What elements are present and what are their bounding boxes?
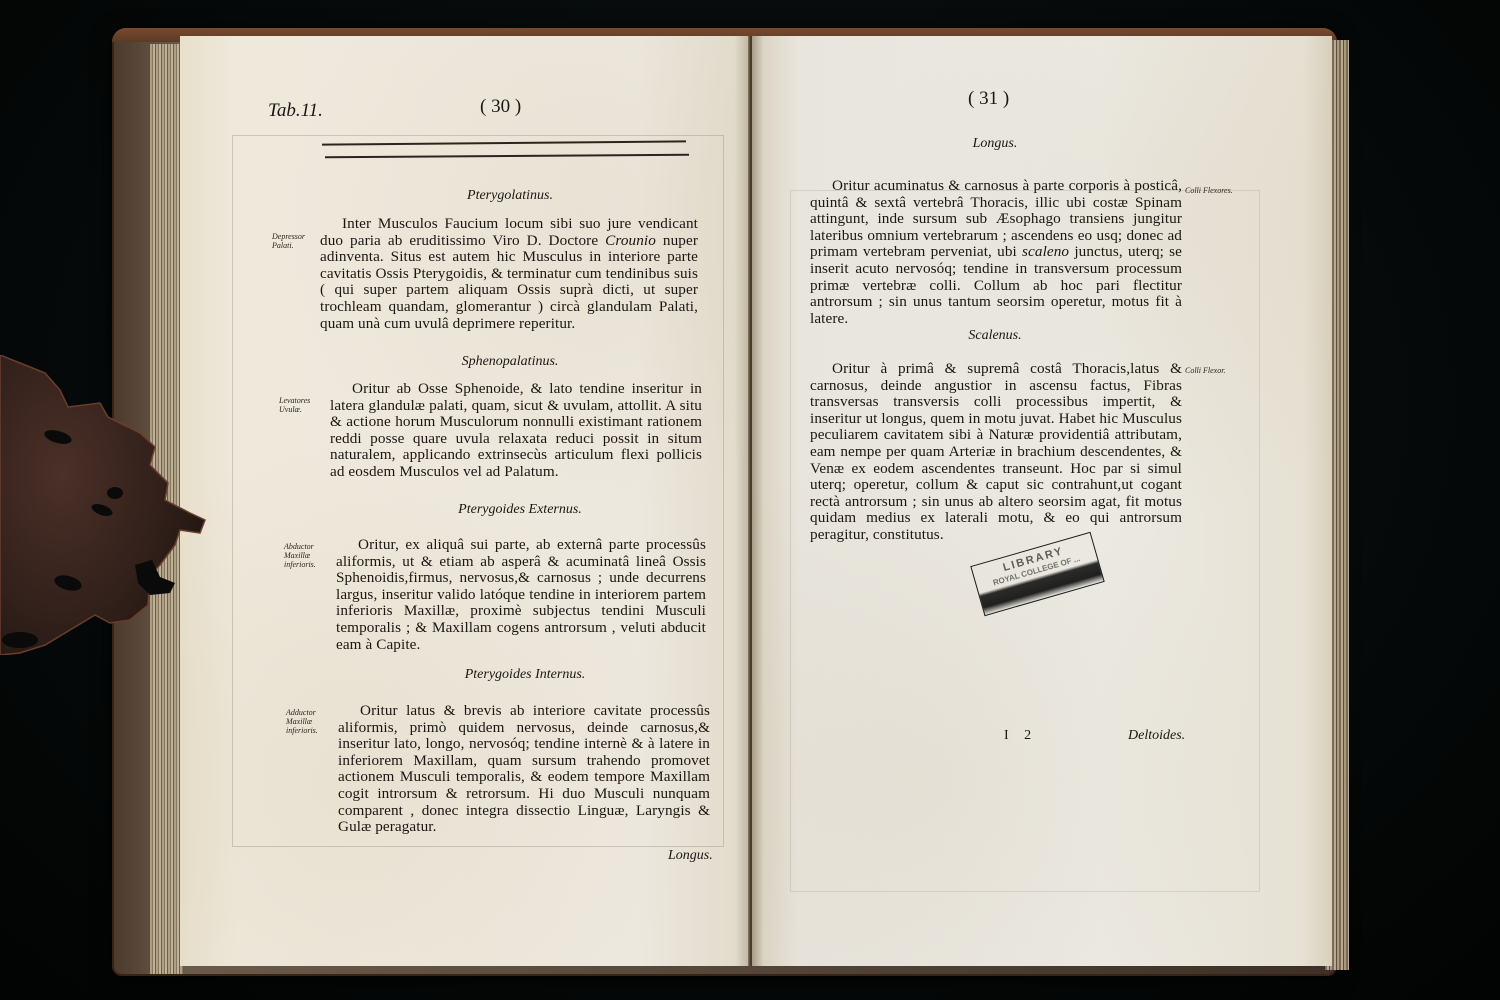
section-paragraph: Oritur acuminatus & carnosus à parte cor… bbox=[810, 178, 1182, 327]
section-paragraph: Oritur ab Osse Sphenoide, & lato tendine… bbox=[330, 381, 702, 481]
section-heading: Pterygoides Externus. bbox=[330, 502, 710, 518]
marginal-note: Depressor Palati. bbox=[272, 232, 320, 250]
marginal-note: Colli Flexor. bbox=[1185, 366, 1245, 375]
signature-mark: I 2 bbox=[1004, 728, 1037, 744]
catchword-left: Longus. bbox=[668, 848, 713, 864]
catchword-right: Deltoides. bbox=[1128, 728, 1185, 744]
section-heading: Pterygolatinus. bbox=[320, 188, 700, 204]
section-paragraph: Inter Musculos Faucium locum sibi suo ju… bbox=[320, 216, 698, 332]
page-number-right: ( 31 ) bbox=[968, 88, 1009, 110]
section-heading: Pterygoides Internus. bbox=[335, 667, 715, 683]
marginal-note: Abductor Maxillæ inferioris. bbox=[284, 542, 332, 569]
section-paragraph: Oritur à primâ & supremâ costâ Thoracis,… bbox=[810, 361, 1182, 544]
marginal-note: Colli Flexores. bbox=[1185, 186, 1245, 195]
metal-page-weight-icon bbox=[0, 355, 210, 655]
section-paragraph: Oritur, ex aliquâ sui parte, ab externâ … bbox=[336, 537, 706, 653]
marginal-note: Adductor Maxillæ inferioris. bbox=[286, 708, 334, 735]
tab-label: Tab.11. bbox=[268, 100, 323, 122]
marginal-note: Levatores Uvulæ. bbox=[279, 396, 327, 414]
section-heading: Longus. bbox=[900, 136, 1090, 152]
section-paragraph: Oritur latus & brevis ab interiore cavit… bbox=[338, 703, 710, 836]
section-heading: Scalenus. bbox=[900, 328, 1090, 344]
page-number-left: ( 30 ) bbox=[480, 96, 521, 118]
section-heading: Sphenopalatinus. bbox=[320, 354, 700, 370]
